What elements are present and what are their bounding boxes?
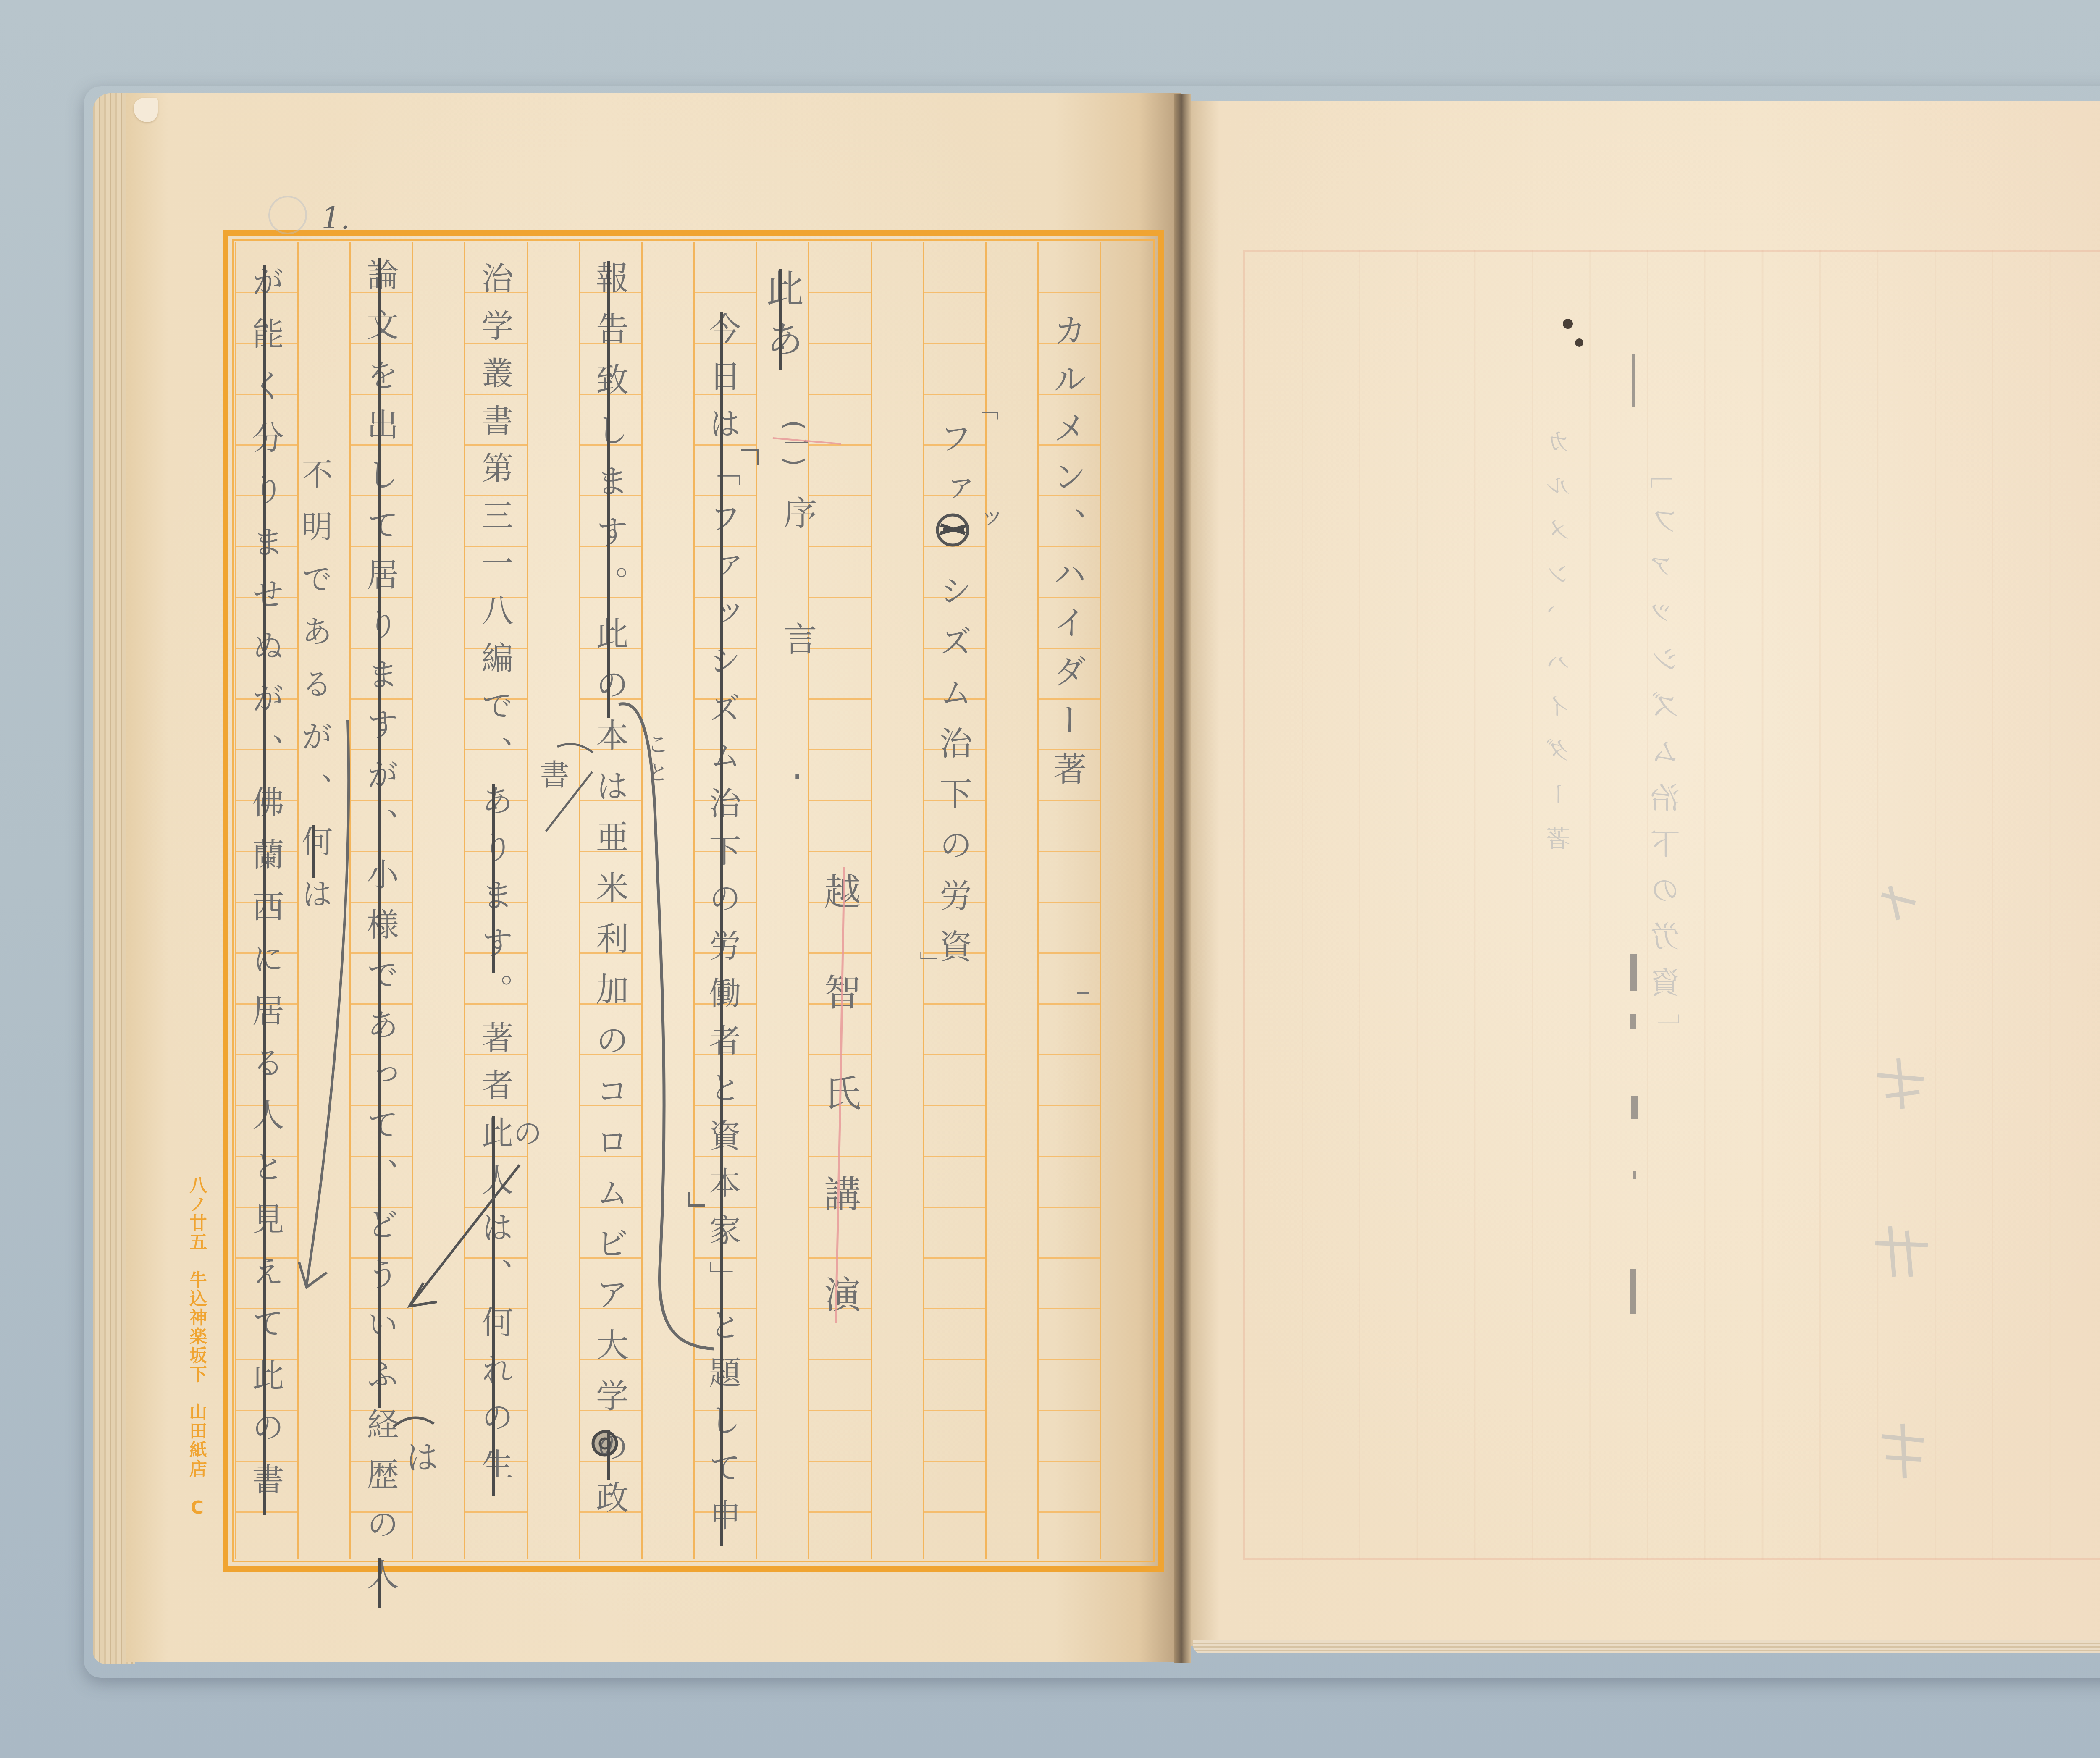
book-spine	[1174, 94, 1191, 1663]
page-number: 1.	[321, 201, 350, 236]
printer-imprint: 八ノ廿五 牛込神楽坂下 山田紙店 C	[188, 1176, 206, 1519]
author-line: カルメン、ハイダー著	[1050, 313, 1084, 800]
title-part-2: シズム治下の労資	[934, 574, 972, 980]
insertion-wa: は	[402, 1440, 436, 1473]
text-segment: 報告致します。此の	[591, 261, 628, 718]
lecture-title: ファシズム治下の労資	[937, 421, 969, 980]
bleed-through-title: 「ファッシズム治下の労資」	[1653, 459, 1682, 1060]
spacer-column	[643, 242, 693, 1559]
text-segment: 経歴の	[362, 1408, 399, 1558]
bleed-through-author: カルメン、ハイダー著	[1548, 429, 1572, 870]
text-segment: あります	[476, 784, 514, 973]
spacer-column	[987, 242, 1037, 1559]
text-segment: は	[297, 878, 333, 930]
spacer-column	[1101, 242, 1152, 1559]
insertion-no: の	[511, 1118, 540, 1147]
body-column-1: 今日は「ファッシズム治下の労働者と資本家」と題して申	[706, 312, 738, 1546]
title-part-1: ファ	[934, 421, 972, 523]
title-close-bracket: 」	[918, 951, 941, 974]
speaker-line: 越智氏講演	[821, 872, 858, 1376]
text-segment: 本は亜米利加のコロムビア大学	[591, 718, 628, 1430]
spacer-column	[528, 242, 579, 1559]
deleted-note: 此あ	[762, 269, 800, 370]
title-open-bracket: 「	[974, 397, 997, 420]
right-page-bottom-edge	[1193, 1640, 2100, 1653]
text-segment: 何	[297, 825, 333, 878]
insertion-sho: 書	[538, 759, 567, 789]
insertion-koto: こと	[645, 733, 667, 788]
text-segment: 今日は「ファッシズム治下の労働者と資本家」と題して申	[704, 312, 741, 1546]
title-inserted-character: ッ	[974, 506, 999, 531]
text-segment: 論文を出して居りますが、小様であって、どういふ	[362, 258, 399, 1408]
text-segment: 此人は、何れの生	[476, 1116, 514, 1496]
text-segment: の	[591, 1430, 628, 1480]
text-segment: 不明であるが、	[297, 458, 333, 825]
text-segment: 。著者	[476, 973, 514, 1116]
title-deleted-character	[937, 523, 969, 574]
text-segment: が能く分りませぬが、佛蘭西に居る人と見えて此の書	[247, 265, 284, 1515]
body-column-2: 報告致します。此の本は亜米利加のコロムビア大学の政	[593, 261, 626, 1531]
section-number: (一)	[781, 420, 807, 466]
body-column-3: 治学叢書第三一八編で、あります。著者此人は、何れの生	[479, 262, 511, 1496]
section-label: 序言.	[780, 496, 814, 879]
text-segment: 人	[362, 1558, 399, 1608]
body-column-5-interline: 不明であるが、何は	[299, 458, 330, 930]
spacer-column	[872, 242, 923, 1559]
body-column-6: が能く分りませぬが、佛蘭西に居る人と見えて此の書	[249, 265, 281, 1515]
text-segment: 政	[591, 1480, 628, 1531]
body-column-4: 論文を出して居りますが、小様であって、どういふ経歴の人	[364, 258, 396, 1608]
spacer-column	[413, 242, 464, 1559]
text-segment: 治学叢書第三一八編で、	[476, 262, 514, 784]
